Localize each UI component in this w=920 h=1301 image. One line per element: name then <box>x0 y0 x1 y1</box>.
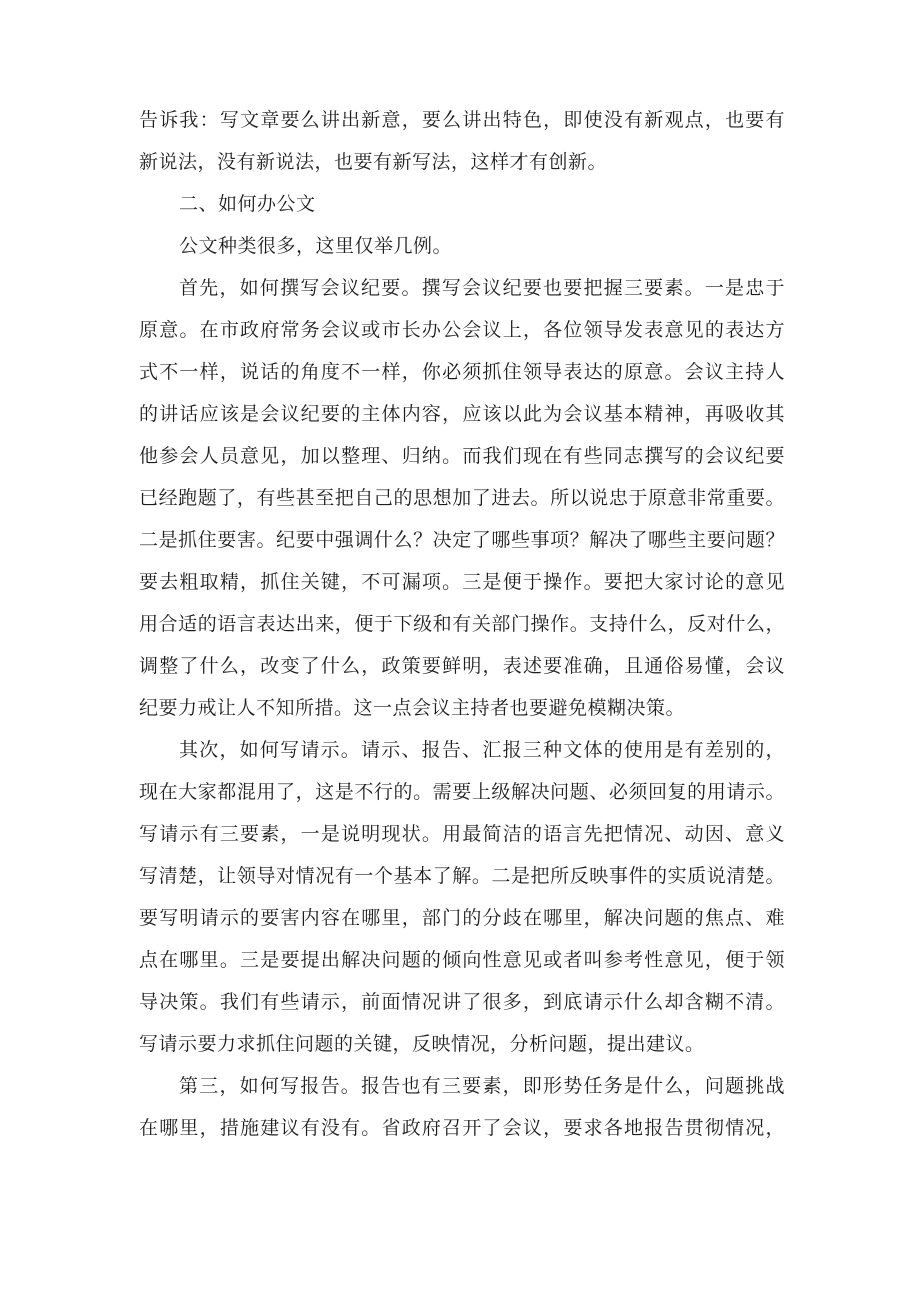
text-line: 要去粗取精，抓住关键，不可漏项。三是便于操作。要把大家讨论的意见 <box>139 562 785 604</box>
document-text-block: 告诉我：写文章要么讲出新意，要么讲出特色，即使没有新观点，也要有 新说法，没有新… <box>139 100 785 1150</box>
text-line: 写清楚，让领导对情况有一个基本了解。二是把所反映事件的实质说清楚。 <box>139 856 785 898</box>
text-line: 导决策。我们有些请示，前面情况讲了很多，到底请示什么却含糊不清。 <box>139 982 785 1024</box>
text-line: 纪要力戒让人不知所措。这一点会议主持者也要避免模糊决策。 <box>139 688 785 730</box>
text-line: 告诉我：写文章要么讲出新意，要么讲出特色，即使没有新观点，也要有 <box>139 100 785 142</box>
text-line: 在哪里，措施建议有没有。省政府召开了会议，要求各地报告贯彻情况， <box>139 1108 785 1150</box>
text-line: 写请示要力求抓住问题的关键，反映情况，分析问题，提出建议。 <box>139 1024 785 1066</box>
text-line: 点在哪里。三是要提出解决问题的倾向性意见或者叫参考性意见，便于领 <box>139 940 785 982</box>
text-line: 二是抓住要害。纪要中强调什么？决定了哪些事项？解决了哪些主要问题？ <box>139 520 785 562</box>
document-page: 告诉我：写文章要么讲出新意，要么讲出特色，即使没有新观点，也要有 新说法，没有新… <box>0 0 920 1301</box>
text-line: 新说法，没有新说法，也要有新写法，这样才有创新。 <box>139 142 785 184</box>
text-line: 要写明请示的要害内容在哪里，部门的分歧在哪里，解决问题的焦点、难 <box>139 898 785 940</box>
text-line: 式不一样，说话的角度不一样，你必须抓住领导表达的原意。会议主持人 <box>139 352 785 394</box>
text-line: 已经跑题了，有些甚至把自己的思想加了进去。所以说忠于原意非常重要。 <box>139 478 785 520</box>
text-line: 的讲话应该是会议纪要的主体内容，应该以此为会议基本精神，再吸收其 <box>139 394 785 436</box>
text-line: 公文种类很多，这里仅举几例。 <box>139 226 785 268</box>
section-heading-line: 二、如何办公文 <box>139 184 785 226</box>
text-line: 现在大家都混用了，这是不行的。需要上级解决问题、必须回复的用请示。 <box>139 772 785 814</box>
text-line: 第三，如何写报告。报告也有三要素，即形势任务是什么，问题挑战 <box>139 1066 785 1108</box>
text-line: 用合适的语言表达出来，便于下级和有关部门操作。支持什么，反对什么， <box>139 604 785 646</box>
text-line: 他参会人员意见，加以整理、归纳。而我们现在有些同志撰写的会议纪要 <box>139 436 785 478</box>
text-line: 原意。在市政府常务会议或市长办公会议上，各位领导发表意见的表达方 <box>139 310 785 352</box>
text-line: 其次，如何写请示。请示、报告、汇报三种文体的使用是有差别的， <box>139 730 785 772</box>
text-line: 首先，如何撰写会议纪要。撰写会议纪要也要把握三要素。一是忠于 <box>139 268 785 310</box>
text-line: 调整了什么，改变了什么，政策要鲜明，表述要准确，且通俗易懂，会议 <box>139 646 785 688</box>
text-line: 写请示有三要素，一是说明现状。用最简洁的语言先把情况、动因、意义 <box>139 814 785 856</box>
